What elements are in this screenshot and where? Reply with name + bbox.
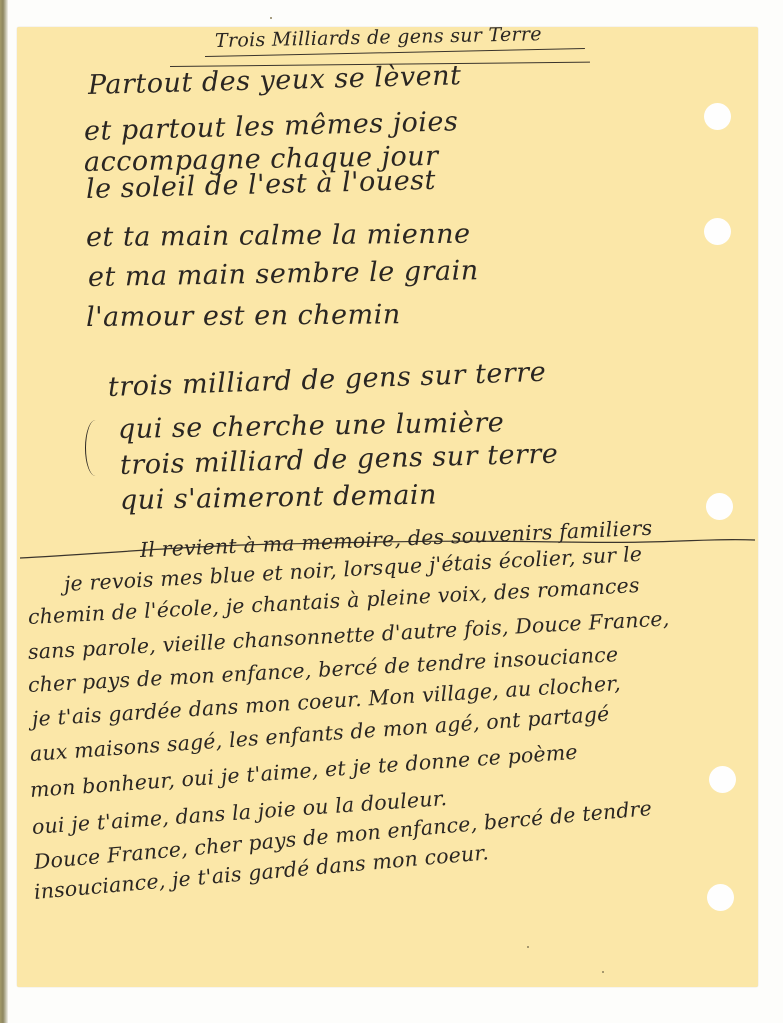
punch-hole-1: [704, 103, 731, 130]
punch-hole-3: [706, 493, 733, 520]
refrain-bracket: [85, 420, 106, 476]
punch-hole-4: [709, 766, 736, 793]
refrain-line: qui s'aimeront demain: [120, 479, 437, 516]
punch-hole-5: [707, 884, 734, 911]
punch-hole-2: [704, 218, 731, 245]
paper-speck: [270, 17, 272, 19]
verse-line: l'amour est en chemin: [86, 299, 401, 333]
scanner-edge-strip: [0, 0, 8, 1023]
paper-speck: [602, 971, 604, 973]
verse-line: et ta main calme la mienne: [86, 219, 471, 253]
paper-speck: [527, 946, 529, 948]
